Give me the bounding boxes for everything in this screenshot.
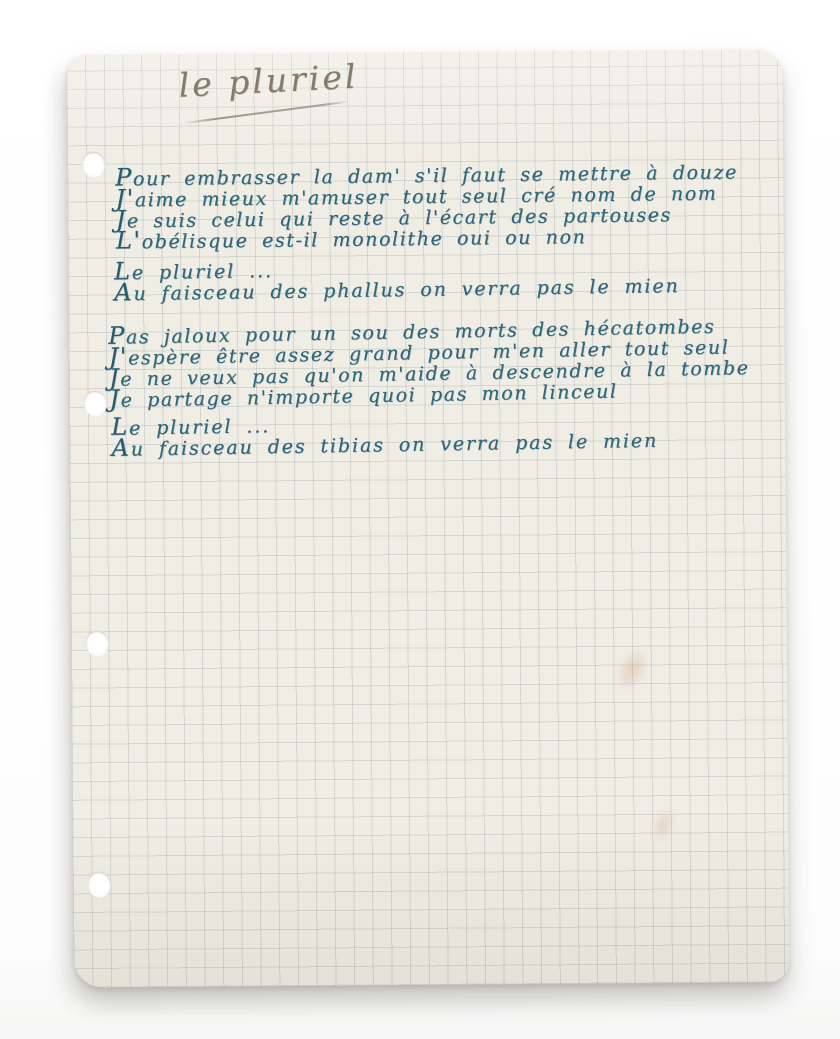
verse-2: Pas jaloux pour un sou des morts des héc…: [108, 314, 750, 410]
refrain-1: Le pluriel ... Au faisceau des phallus o…: [114, 253, 680, 303]
notebook-page: le pluriel Pour embrasser la dam' s'il f…: [66, 49, 789, 988]
refrain-2: Le pluriel ... Au faisceau des tibias on…: [111, 408, 658, 459]
photo-stage: le pluriel Pour embrasser la dam' s'il f…: [0, 0, 840, 1039]
verse-1: Pour embrasser la dam' s'il faut se mett…: [115, 160, 739, 251]
lyrics-area: Pour embrasser la dam' s'il faut se mett…: [66, 49, 789, 988]
